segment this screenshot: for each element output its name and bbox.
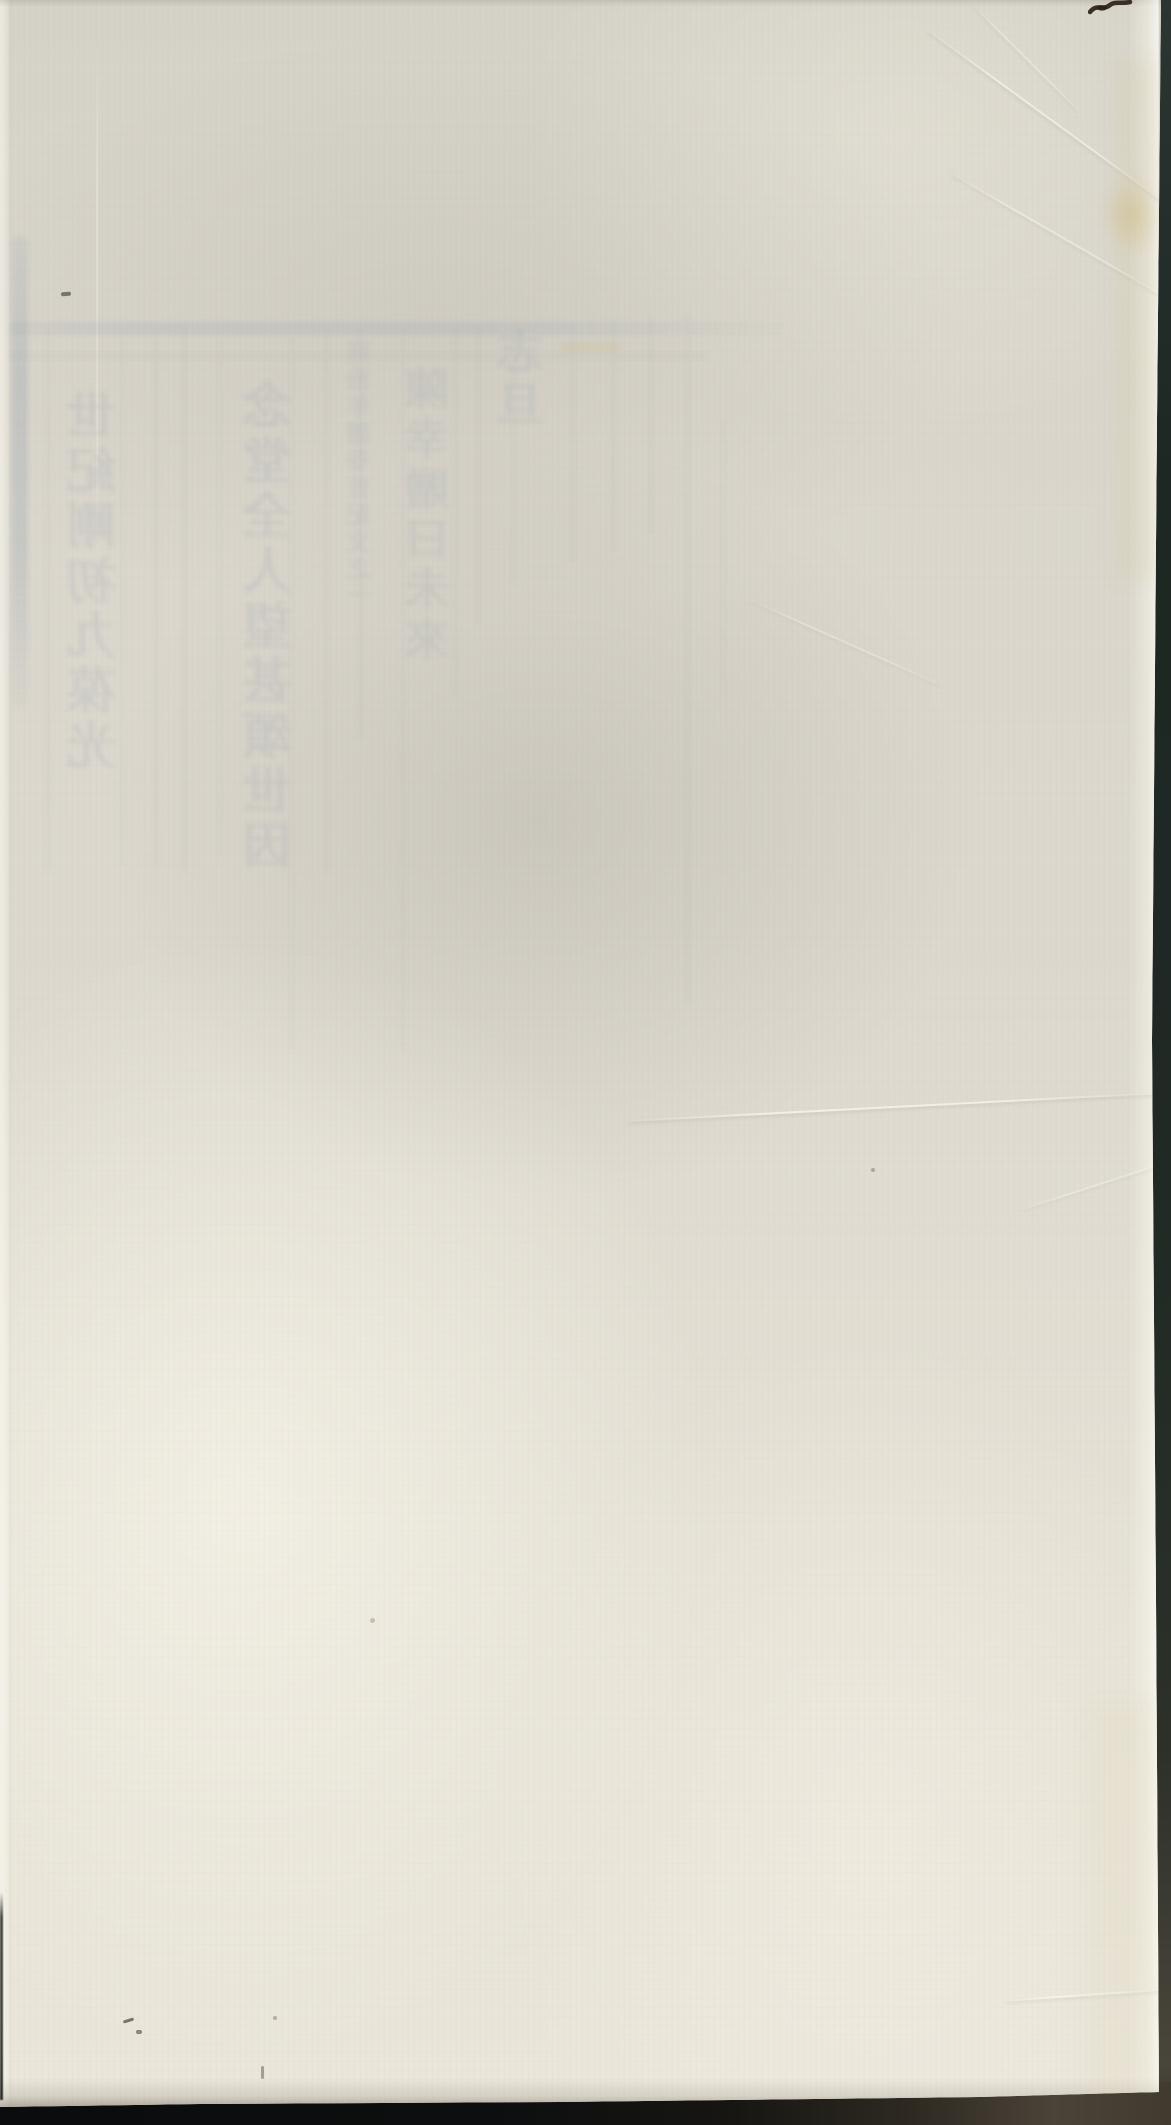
ink-speck	[871, 1168, 875, 1172]
bleed-column-line	[477, 325, 480, 625]
ink-speck	[273, 2016, 277, 2020]
bleed-column-line	[154, 332, 157, 867]
warm-edge-stain	[1086, 1700, 1160, 2100]
bleed-text-column: 陳幸贈曰未來	[408, 366, 456, 666]
bleed-column-line	[46, 330, 49, 870]
ink-speck	[370, 1618, 375, 1623]
bleed-text-column: 志旦	[498, 328, 549, 432]
bleed-column-line	[612, 320, 615, 550]
bleed-text-column: 念堂全人望甚頌世因	[244, 380, 298, 875]
bleed-text-column: 世紀剛初九葆光	[68, 390, 122, 775]
bleed-through-layer: 志旦 陳幸贈曰未來 同治年譜卷首記文之一 念堂全人望甚頌世因 世紀剛初九葆光	[0, 0, 1171, 2125]
ink-speck	[261, 2066, 264, 2079]
handwritten-ink-mark	[1088, 0, 1134, 16]
bleed-warm-smudge	[560, 342, 620, 352]
bleed-column-line	[402, 330, 405, 1050]
bleed-column-line	[325, 332, 328, 872]
bleed-column-line	[571, 322, 574, 562]
warm-edge-stain	[1114, 60, 1158, 580]
scanned-book-page: 志旦 陳幸贈曰未來 同治年譜卷首記文之一 念堂全人望甚頌世因 世紀剛初九葆光	[0, 0, 1171, 2125]
bleed-text-column: 同治年譜卷首記文之一	[348, 340, 374, 610]
bleed-frame-top-rule	[8, 322, 783, 335]
paper-sheet: 志旦 陳幸贈曰未來 同治年譜卷首記文之一 念堂全人望甚頌世因 世紀剛初九葆光	[0, 0, 1171, 2125]
bleed-column-line	[686, 315, 689, 1005]
bleed-column-line	[722, 420, 725, 700]
bleed-column-line	[218, 335, 221, 855]
bleed-column-line	[183, 330, 186, 870]
bleed-binding-band	[12, 236, 28, 708]
bleed-column-line	[649, 318, 652, 533]
ink-speck	[136, 2030, 142, 2034]
